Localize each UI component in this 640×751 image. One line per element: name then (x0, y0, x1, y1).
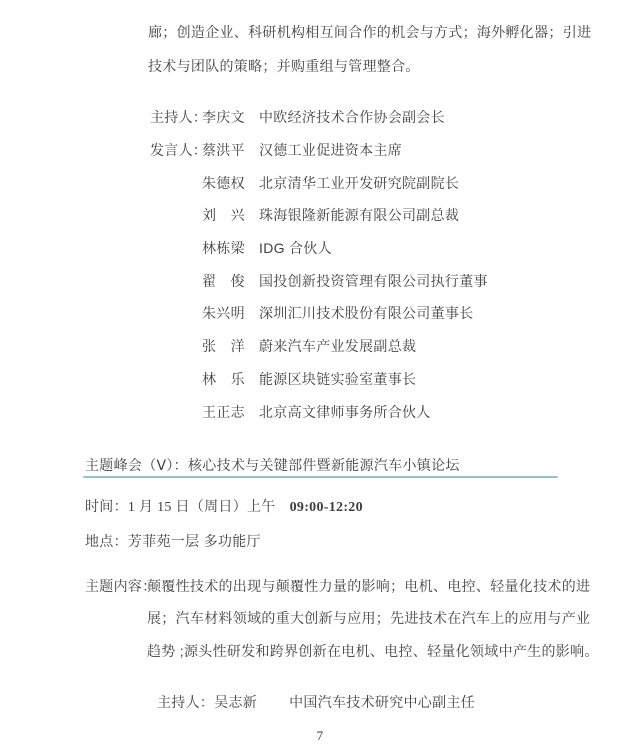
moderator-org: 中国汽车技术研究中心副主任 (289, 694, 475, 710)
speaker-org: 深圳汇川技术股份有限公司董事长 (259, 303, 640, 323)
speaker-name: 翟 俊 (202, 271, 259, 291)
speaker-row: 王正志 北京高文律师事务所合伙人 (0, 395, 640, 428)
speaker-name: 蔡洪平 (202, 140, 259, 160)
speaker-list: 主持人： 李庆文 中欧经济技术合作协会副会长 发言人： 蔡洪平 汉德工业促进资本… (0, 101, 640, 428)
speakers-label: 发言人： (150, 140, 202, 160)
paragraph-line: 廊；创造企业、科研机构相互间合作的机会与方式；海外孵化器；引进 (148, 15, 588, 49)
moderator-label: 主持人： (150, 107, 202, 127)
speaker-org: 汉德工业促进资本主席 (259, 140, 640, 160)
moderator-org: 中欧经济技术合作协会副会长 (259, 107, 640, 127)
speaker-name: 林栋梁 (202, 238, 259, 258)
topic-text: 颠覆性技术的出现与颠覆性力量的影响；电机、电控、轻量化技术的进 (147, 578, 590, 594)
speaker-org: IDG 合伙人 (259, 238, 640, 258)
topic-label: 主题内容： (85, 570, 147, 602)
paragraph-line: 技术与团队的策略；并购重组与管理整合。 (148, 49, 588, 83)
speaker-name: 张 洋 (202, 336, 259, 356)
moderator-name: 吴志新 (214, 694, 257, 710)
speaker-name: 林 乐 (202, 369, 259, 389)
speaker-name: 朱兴明 (202, 303, 259, 323)
speaker-name: 朱德权 (202, 173, 259, 193)
moderator-name: 李庆文 (202, 107, 259, 127)
session-topic: 主题内容：颠覆性技术的出现与颠覆性力量的影响；电机、电控、轻量化技术的进 展；汽… (85, 570, 640, 667)
moderator-row: 主持人： 李庆文 中欧经济技术合作协会副会长 (0, 101, 640, 134)
speaker-name: 王正志 (202, 402, 259, 422)
section-divider (83, 476, 558, 478)
topic-line: 展；汽车材料领域的重大创新与应用；先进技术在汽车上的应用与产业 (147, 602, 640, 634)
speaker-row: 朱德权 北京清华工业开发研究院副院长 (0, 166, 640, 199)
session-location: 地点：芳菲苑一层 多功能厅 (85, 531, 261, 551)
location-label: 地点： (85, 533, 128, 549)
speaker-org: 能源区块链实验室董事长 (259, 369, 640, 389)
time-value: 1 月 15 日（周日）上午 (128, 500, 276, 515)
speaker-org: 蔚来汽车产业发展副总裁 (259, 336, 640, 356)
continuation-paragraph: 廊；创造企业、科研机构相互间合作的机会与方式；海外孵化器；引进 技术与团队的策略… (148, 15, 588, 83)
speaker-row: 林栋梁 IDG 合伙人 (0, 232, 640, 265)
speaker-org: 国投创新投资管理有限公司执行董事 (259, 271, 640, 291)
session-time: 时间：1 月 15 日（周日）上午09:00-12:20 (85, 496, 363, 516)
speaker-row: 刘 兴 珠海银隆新能源有限公司副总裁 (0, 199, 640, 232)
time-range: 09:00-12:20 (290, 500, 363, 515)
speaker-row: 朱兴明 深圳汇川技术股份有限公司董事长 (0, 297, 640, 330)
speaker-org: 北京高文律师事务所合伙人 (259, 402, 640, 422)
speaker-name: 刘 兴 (202, 205, 259, 225)
speaker-org: 北京清华工业开发研究院副院长 (259, 173, 640, 193)
location-value: 芳菲苑一层 多功能厅 (128, 533, 261, 549)
session-moderator: 主持人：吴志新中国汽车技术研究中心副主任 (157, 692, 475, 712)
topic-line: 主题内容：颠覆性技术的出现与颠覆性力量的影响；电机、电控、轻量化技术的进 (147, 570, 640, 602)
document-page: 廊；创造企业、科研机构相互间合作的机会与方式；海外孵化器；引进 技术与团队的策略… (0, 0, 640, 751)
speaker-row: 发言人： 蔡洪平 汉德工业促进资本主席 (0, 134, 640, 167)
topic-line: 趋势 ;源头性研发和跨界创新在电机、电控、轻量化领域中产生的影响。 (147, 635, 640, 667)
page-number: 7 (0, 728, 640, 744)
time-label: 时间： (85, 498, 128, 514)
speaker-row: 翟 俊 国投创新投资管理有限公司执行董事 (0, 264, 640, 297)
speaker-org: 珠海银隆新能源有限公司副总裁 (259, 205, 640, 225)
session-title: 主题峰会（Ⅴ）：核心技术与关键部件暨新能源汽车小镇论坛 (85, 455, 460, 475)
speaker-row: 林 乐 能源区块链实验室董事长 (0, 363, 640, 396)
moderator-label: 主持人： (157, 694, 214, 710)
speaker-row: 张 洋 蔚来汽车产业发展副总裁 (0, 330, 640, 363)
